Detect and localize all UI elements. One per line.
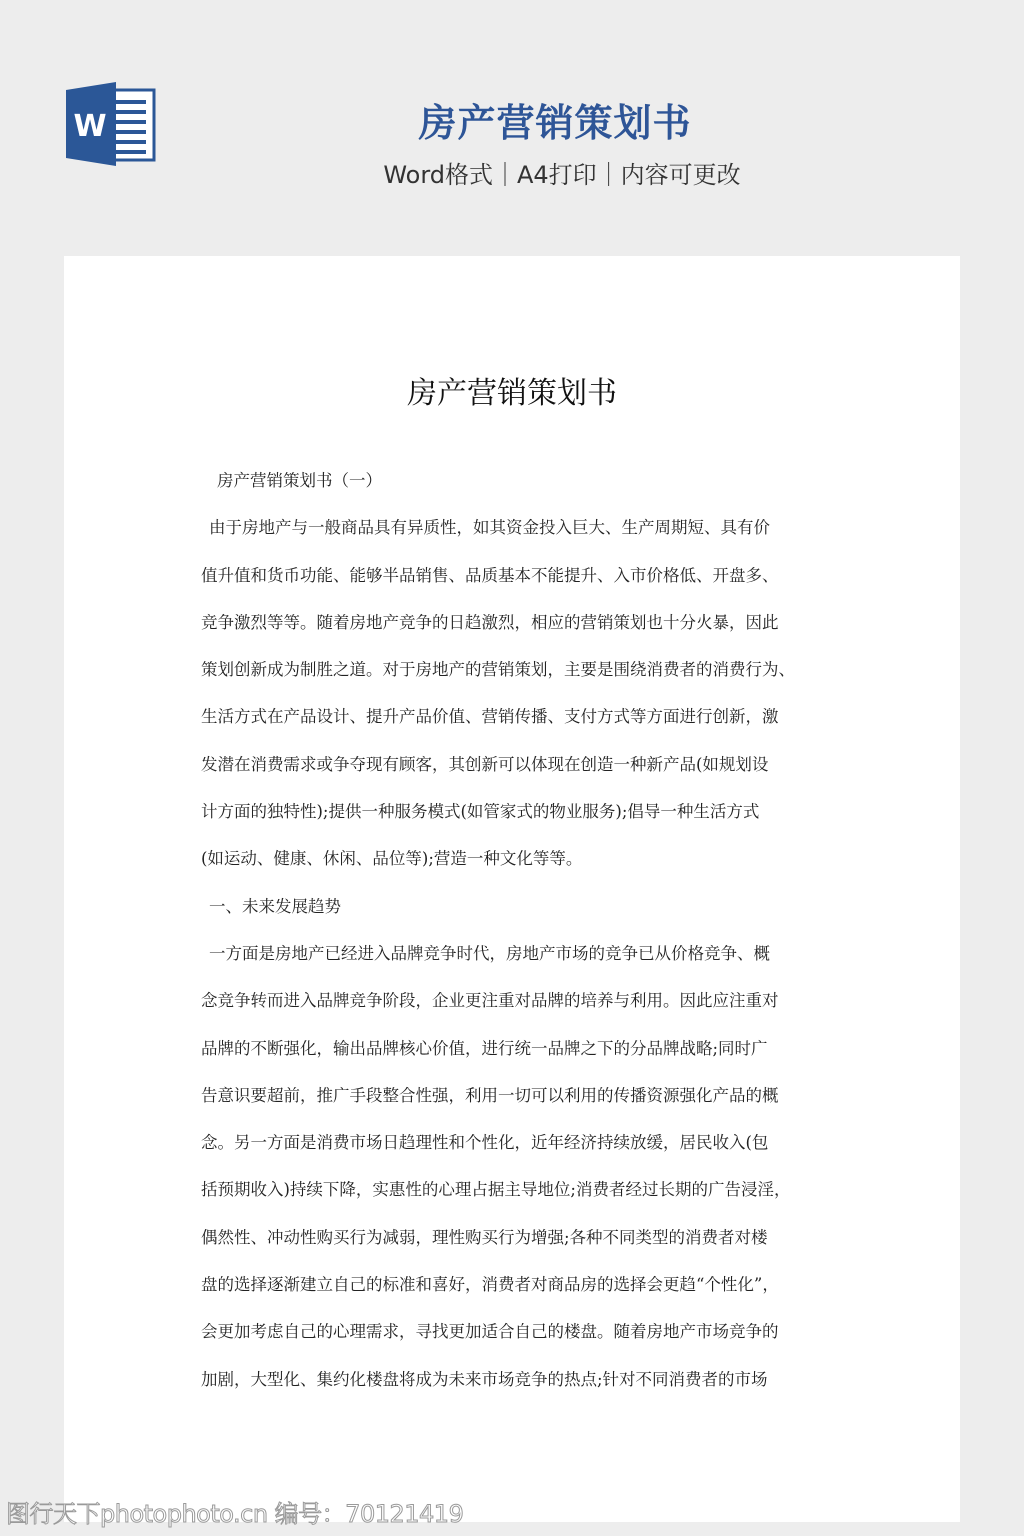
paragraph-line: 竞争激烈等等。随着房地产竞争的日趋激烈，相应的营销策划也十分火暴，因此	[201, 606, 841, 653]
document-title: 房产营销策划书	[64, 368, 960, 412]
paragraph-line: 由于房地产与一般商品具有异质性，如其资金投入巨大、生产周期短、具有价	[201, 511, 841, 558]
paragraph-line: 偶然性、冲动性购买行为减弱，理性购买行为增强;各种不同类型的消费者对楼	[201, 1221, 841, 1268]
paragraph-line: 计方面的独特性);提供一种服务模式(如管家式的物业服务);倡导一种生活方式	[201, 795, 841, 842]
paragraph-line: 一方面是房地产已经进入品牌竞争时代，房地产市场的竞争已从价格竞争、概	[201, 937, 841, 984]
document-page: 房产营销策划书 房产营销策划书（一） 由于房地产与一般商品具有异质性，如其资金投…	[64, 256, 960, 1522]
paragraph-line: 加剧，大型化、集约化楼盘将成为未来市场竞争的热点;针对不同消费者的市场	[201, 1363, 841, 1410]
paragraph-line: (如运动、健康、休闲、品位等);营造一种文化等等。	[201, 842, 841, 889]
paragraph-line: 告意识要超前，推广手段整合性强，利用一切可以利用的传播资源强化产品的概	[201, 1079, 841, 1126]
header-title: 房产营销策划书	[0, 92, 1024, 147]
preview-header: W 房产营销策划书 Word格式｜A4打印｜内容可更改	[0, 0, 1024, 256]
paragraph-line: 会更加考虑自己的心理需求，寻找更加适合自己的楼盘。随着房地产市场竞争的	[201, 1315, 841, 1362]
header-subtitle: Word格式｜A4打印｜内容可更改	[0, 155, 1024, 190]
paragraph-line: 发潜在消费需求或争夺现有顾客，其创新可以体现在创造一种新产品(如规划设	[201, 748, 841, 795]
paragraph-line: 品牌的不断强化，输出品牌核心价值，进行统一品牌之下的分品牌战略;同时广	[201, 1032, 841, 1079]
paragraph-line: 括预期收入)持续下降，实惠性的心理占据主导地位;消费者经过长期的广告浸淫，	[201, 1173, 841, 1220]
paragraph-line: 念竞争转而进入品牌竞争阶段，企业更注重对品牌的培养与利用。因此应注重对	[201, 984, 841, 1031]
paragraph-line: 策划创新成为制胜之道。对于房地产的营销策划，主要是围绕消费者的消费行为、	[201, 653, 841, 700]
document-body: 房产营销策划书（一） 由于房地产与一般商品具有异质性，如其资金投入巨大、生产周期…	[201, 464, 841, 1410]
paragraph-line: 生活方式在产品设计、提升产品价值、营销传播、支付方式等方面进行创新，激	[201, 700, 841, 747]
paragraph-line: 值升值和货币功能、能够半品销售、品质基本不能提升、入市价格低、开盘多、	[201, 559, 841, 606]
watermark-text: 图行天下photophoto.cn 编号：70121419	[6, 1494, 463, 1529]
paragraph-line: 盘的选择逐渐建立自己的标准和喜好，消费者对商品房的选择会更趋“个性化”，	[201, 1268, 841, 1315]
paragraph-line: 念。另一方面是消费市场日趋理性和个性化，近年经济持续放缓，居民收入(包	[201, 1126, 841, 1173]
section-heading: 一、未来发展趋势	[201, 890, 841, 937]
section-heading: 房产营销策划书（一）	[201, 464, 841, 511]
